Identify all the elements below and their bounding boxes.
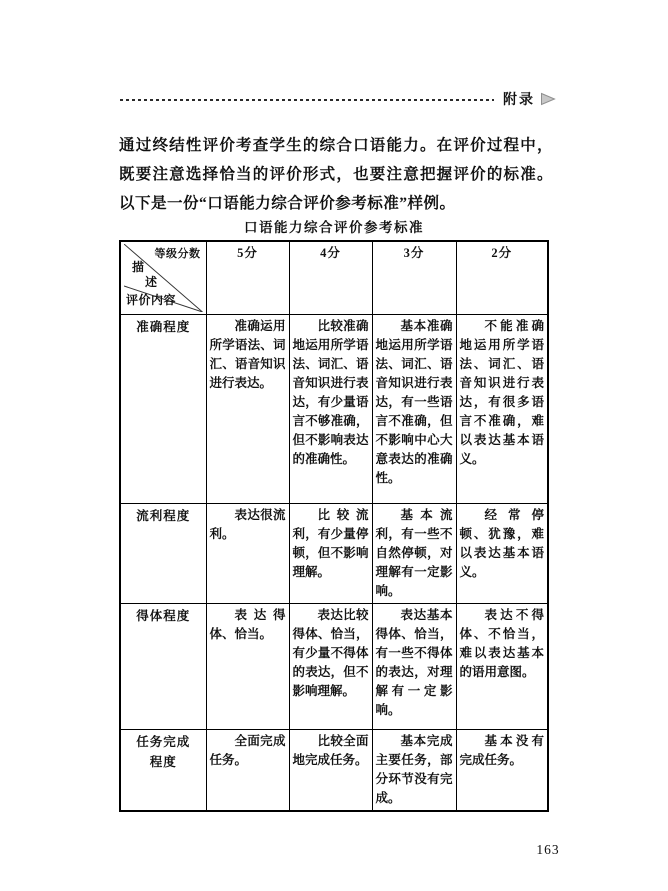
cell-accuracy-3: 基本准确地运用所学语法、词汇、语音知识进行表达，有一些语言不准确，但不影响中心大… bbox=[372, 315, 456, 504]
cell-task-5: 全面完成任务。 bbox=[206, 730, 289, 812]
cell-text: 基本完成主要任务，部分环节没有完成。 bbox=[376, 732, 453, 808]
cell-appropriateness-4: 表达比较得体、恰当，有少量不得体的表达，但不影响理解。 bbox=[289, 604, 372, 730]
table-row-accuracy: 准确程度 准确运用所学语法、词汇、语音知识进行表达。 比较准确地运用所学语法、词… bbox=[120, 315, 548, 504]
cell-text: 基本准确地运用所学语法、词汇、语音知识进行表达，有一些语言不准确，但不影响中心大… bbox=[376, 317, 453, 488]
appendix-arrow-icon bbox=[540, 92, 556, 106]
cell-text: 比较准确地运用所学语法、词汇、语音知识进行表达，有少量语言不够准确，但不影响表达… bbox=[293, 317, 369, 469]
col-header-5: 5分 bbox=[206, 241, 289, 315]
cell-text: 准确运用所学语法、词汇、语音知识进行表达。 bbox=[210, 317, 286, 393]
cell-text: 表达很流利。 bbox=[210, 506, 286, 544]
cell-appropriateness-2: 表达不得体、不恰当，难以表达基本的语用意图。 bbox=[456, 604, 548, 730]
row-label-task-completion: 任务完成程度 bbox=[120, 730, 206, 812]
cell-text: 不能准确地运用所学语法、词汇、语音知识进行表达，有很多语言不准确，难以表达基本语… bbox=[460, 317, 545, 469]
cell-text: 比较全面地完成任务。 bbox=[293, 732, 369, 770]
intro-line-1: 通过终结性评价考查学生的综合口语能力。在评价过程中， bbox=[119, 131, 553, 160]
diagonal-corner-cell: 等级分数 描 述 评价内容 bbox=[120, 241, 206, 315]
row-label-fluency: 流利程度 bbox=[120, 504, 206, 604]
cell-task-2: 基本没有完成任务。 bbox=[456, 730, 548, 812]
running-head: 附录 bbox=[120, 90, 556, 108]
cell-fluency-2: 经常停顿、犹豫，难以表达基本语义。 bbox=[456, 504, 548, 604]
intro-line-2: 既要注意选择恰当的评价形式，也要注意把握评价的标准。 bbox=[119, 160, 553, 189]
col-header-4: 4分 bbox=[289, 241, 372, 315]
table-title: 口语能力综合评价参考标准 bbox=[120, 216, 548, 236]
cell-accuracy-2: 不能准确地运用所学语法、词汇、语音知识进行表达，有很多语言不准确，难以表达基本语… bbox=[456, 315, 548, 504]
cell-text: 基本流利，有一些不自然停顿，对理解有一定影响。 bbox=[376, 506, 453, 601]
table-row-task-completion: 任务完成程度 全面完成任务。 比较全面地完成任务。 基本完成主要任务，部分环节没… bbox=[120, 730, 548, 812]
row-label-text: 流利程度 bbox=[136, 506, 190, 526]
cell-text: 经常停顿、犹豫，难以表达基本语义。 bbox=[460, 506, 545, 582]
appendix-label: 附录 bbox=[503, 89, 535, 109]
row-label-accuracy: 准确程度 bbox=[120, 315, 206, 504]
corner-axis-desc-char1: 描 bbox=[132, 258, 144, 277]
intro-line-3: 以下是一份“口语能力综合评价参考标准”样例。 bbox=[119, 189, 553, 218]
cell-fluency-5: 表达很流利。 bbox=[206, 504, 289, 604]
row-label-appropriateness: 得体程度 bbox=[120, 604, 206, 730]
rubric-table: 等级分数 描 述 评价内容 5分 4分 3分 2分 准确程度 准确运用所学语法、… bbox=[119, 240, 549, 812]
table-row-appropriateness: 得体程度 表达得体、恰当。 表达比较得体、恰当，有少量不得体的表达，但不影响理解… bbox=[120, 604, 548, 730]
cell-task-4: 比较全面地完成任务。 bbox=[289, 730, 372, 812]
table-header-row: 等级分数 描 述 评价内容 5分 4分 3分 2分 bbox=[120, 241, 548, 315]
cell-accuracy-4: 比较准确地运用所学语法、词汇、语音知识进行表达，有少量语言不够准确，但不影响表达… bbox=[289, 315, 372, 504]
cell-text: 比较流利，有少量停顿，但不影响理解。 bbox=[293, 506, 369, 582]
row-label-text: 准确程度 bbox=[136, 317, 190, 337]
col-header-2: 2分 bbox=[456, 241, 548, 315]
corner-axis-score: 等级分数 bbox=[155, 245, 201, 264]
col-header-3: 3分 bbox=[372, 241, 456, 315]
book-page: 附录 通过终结性评价考查学生的综合口语能力。在评价过程中， 既要注意选择恰当的评… bbox=[0, 0, 668, 891]
corner-axis-content: 评价内容 bbox=[126, 291, 176, 310]
cell-task-3: 基本完成主要任务，部分环节没有完成。 bbox=[372, 730, 456, 812]
cell-appropriateness-3: 表达基本得体、恰当，有一些不得体的表达，对理解有一定影响。 bbox=[372, 604, 456, 730]
cell-accuracy-5: 准确运用所学语法、词汇、语音知识进行表达。 bbox=[206, 315, 289, 504]
intro-paragraph: 通过终结性评价考查学生的综合口语能力。在评价过程中， 既要注意选择恰当的评价形式… bbox=[119, 131, 553, 218]
cell-text: 表达得体、恰当。 bbox=[210, 606, 286, 644]
cell-text: 表达基本得体、恰当，有一些不得体的表达，对理解有一定影响。 bbox=[376, 606, 453, 720]
cell-text: 表达比较得体、恰当，有少量不得体的表达，但不影响理解。 bbox=[293, 606, 369, 701]
cell-fluency-4: 比较流利，有少量停顿，但不影响理解。 bbox=[289, 504, 372, 604]
cell-text: 表达不得体、不恰当，难以表达基本的语用意图。 bbox=[460, 606, 545, 682]
cell-text: 基本没有完成任务。 bbox=[460, 732, 545, 770]
page-number: 163 bbox=[524, 842, 572, 858]
corner-axis-desc-char2: 述 bbox=[145, 273, 157, 292]
cell-appropriateness-5: 表达得体、恰当。 bbox=[206, 604, 289, 730]
header-dashed-rule bbox=[120, 99, 494, 101]
cell-text: 全面完成任务。 bbox=[210, 732, 286, 770]
table-row-fluency: 流利程度 表达很流利。 比较流利，有少量停顿，但不影响理解。 基本流利，有一些不… bbox=[120, 504, 548, 604]
row-label-text: 得体程度 bbox=[136, 606, 190, 626]
diagonal-corner-box: 等级分数 描 述 评价内容 bbox=[124, 244, 203, 312]
row-label-text: 任务完成程度 bbox=[133, 732, 193, 772]
cell-fluency-3: 基本流利，有一些不自然停顿，对理解有一定影响。 bbox=[372, 504, 456, 604]
